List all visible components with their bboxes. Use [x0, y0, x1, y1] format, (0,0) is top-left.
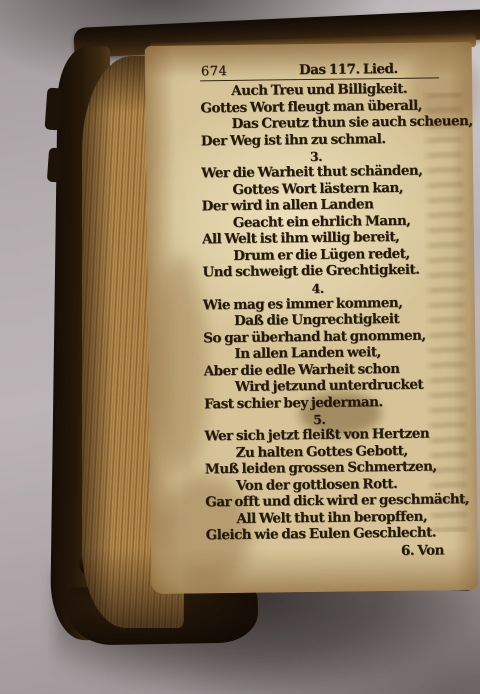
poem-line: Das Creutz thun sie auch scheuen,: [201, 113, 443, 132]
poem-line: Wer die Warheit thut schänden,: [201, 162, 443, 181]
poem-line: Fast schier bey jederman.: [204, 393, 446, 412]
poem-line: Geacht ein ehrlich Mann,: [202, 212, 444, 231]
catchword: 6. Von: [206, 542, 444, 561]
clasp-remnant: [47, 148, 63, 183]
poem-line: Der Weg ist ihn zu schmal.: [201, 130, 443, 149]
poem-line: Wer sich jetzt fleißt von Hertzen: [204, 425, 446, 444]
running-header: 674 Das 117. Lied.: [200, 60, 442, 79]
page-text-block: 674 Das 117. Lied. Auch Treu und Billigk…: [200, 60, 448, 561]
clasp-remnant: [45, 87, 64, 130]
book-photo: 674 Das 117. Lied. Auch Treu und Billigk…: [0, 0, 480, 694]
poem-line: Und schweigt die Grechtigkeit.: [202, 261, 444, 280]
book-page: 674 Das 117. Lied. Auch Treu und Billigk…: [145, 42, 479, 594]
poem-line: Muß leiden grossen Schmertzen,: [205, 458, 447, 477]
poem-line: Wird jetzund unterdrucket: [204, 376, 446, 395]
poem-line: So gar überhand hat gnommen,: [203, 327, 445, 346]
poem-line: Gleich wie das Eulen Geschlecht.: [206, 524, 448, 543]
paper-stain: [153, 255, 208, 476]
song-title: Das 117. Lied.: [299, 61, 398, 78]
page-number: 674: [201, 64, 228, 79]
